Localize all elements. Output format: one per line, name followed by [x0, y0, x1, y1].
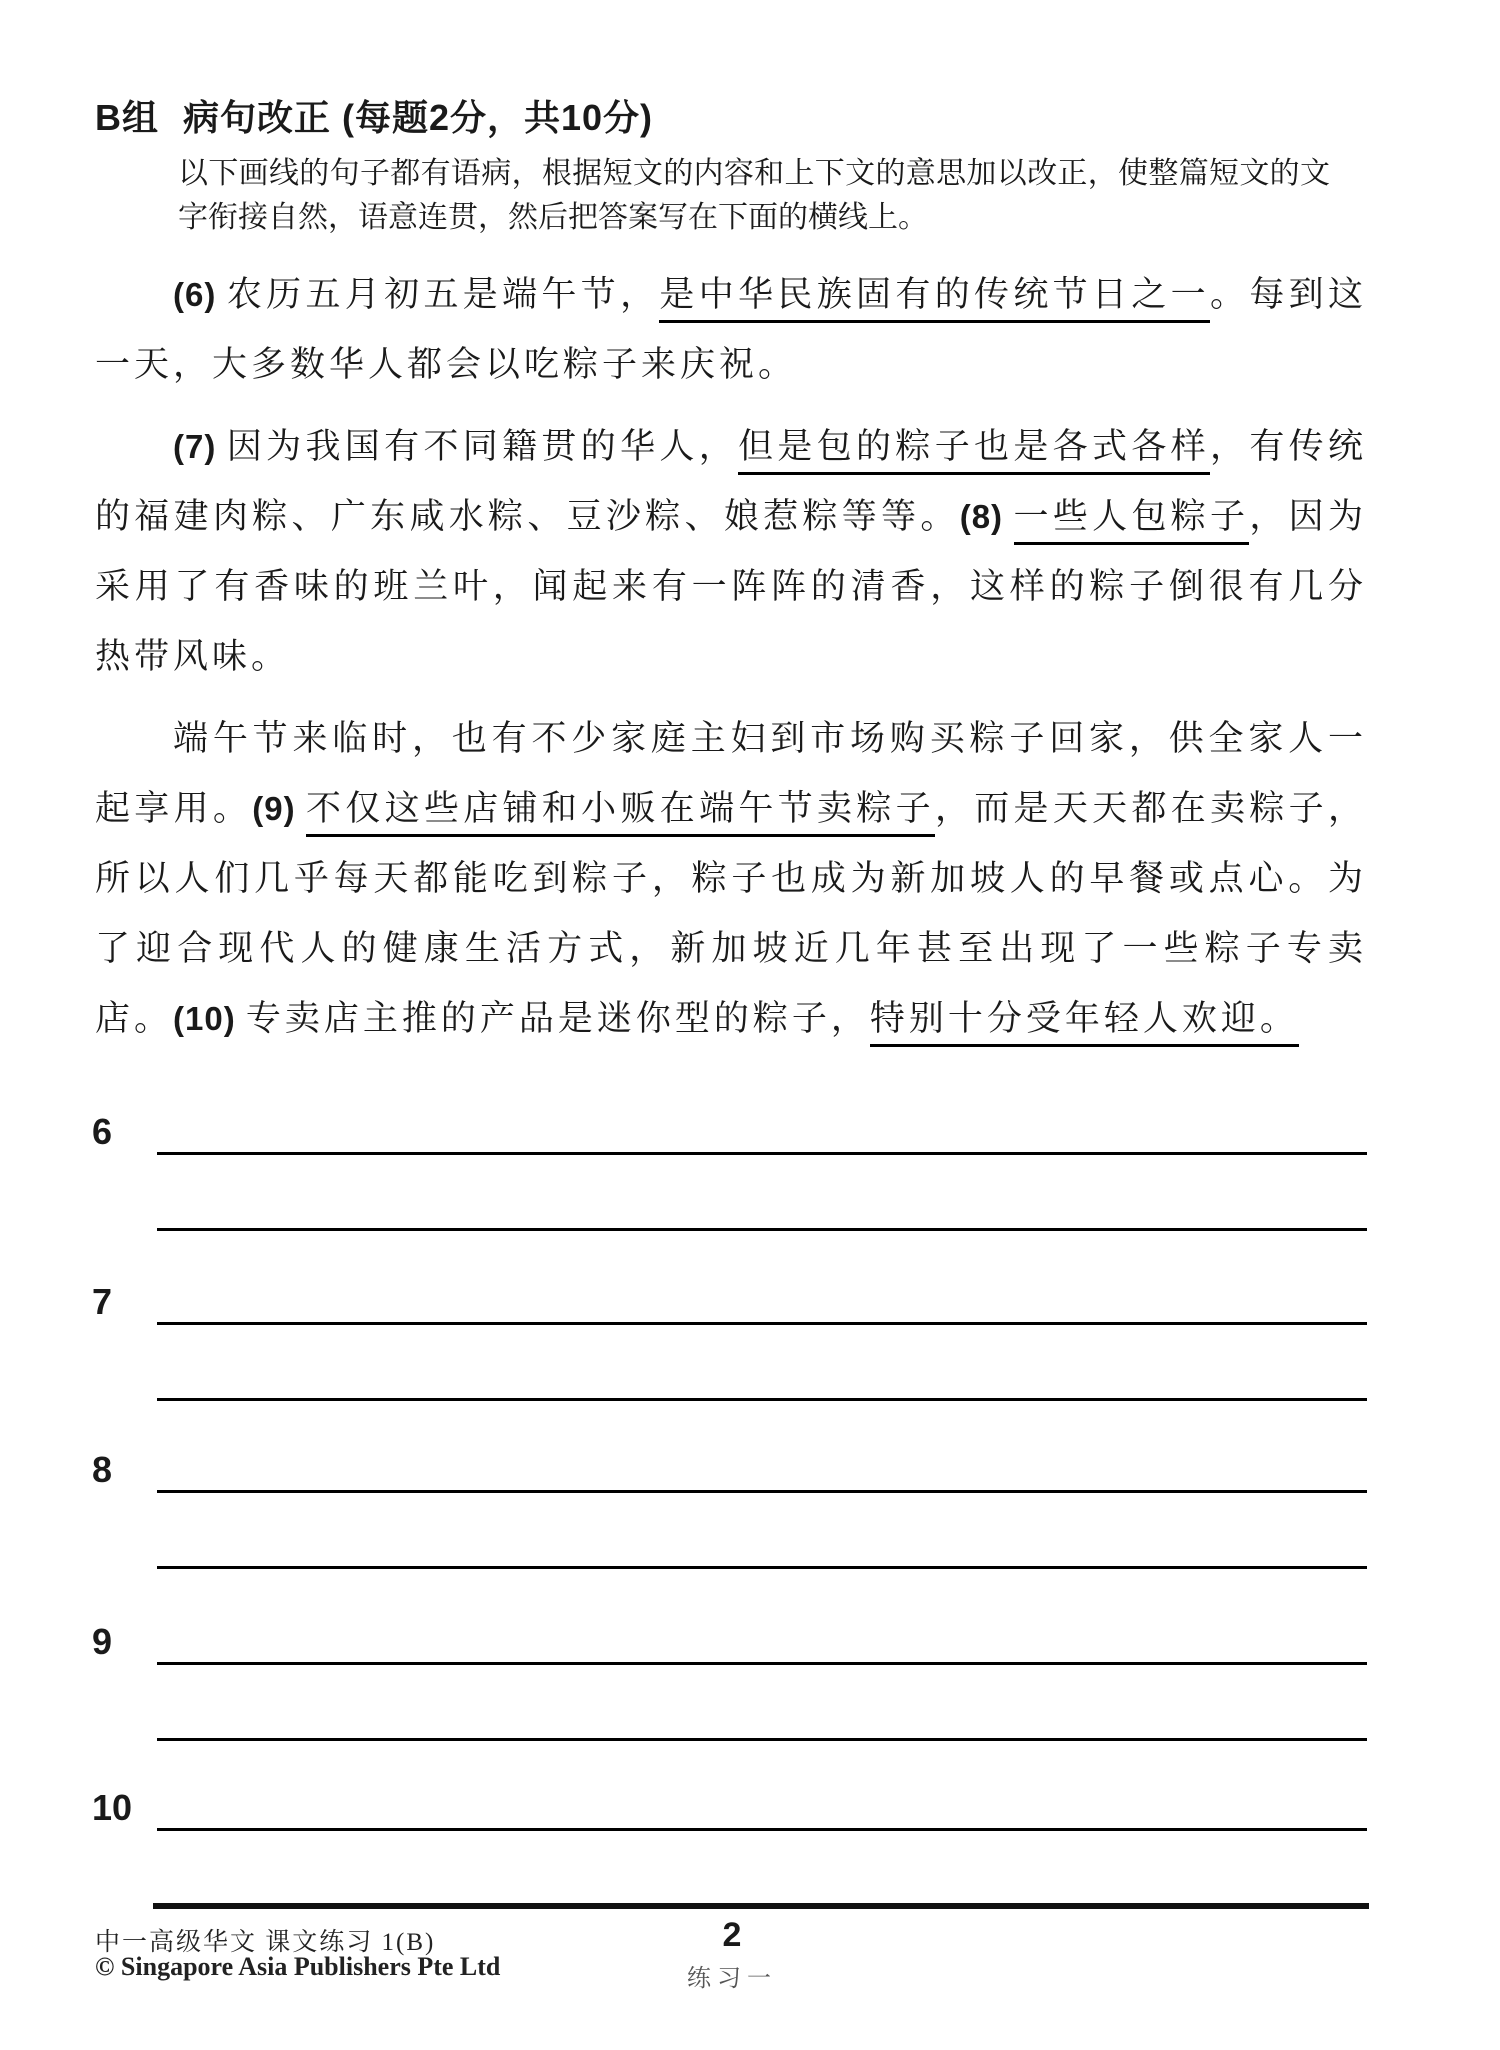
section-title: 病句改正 (每题2分，共10分) — [183, 98, 653, 138]
inline-item-number: (6) — [173, 276, 227, 313]
answer-number: 7 — [92, 1282, 112, 1322]
underlined-phrase: 一些人包粽子 — [1014, 497, 1250, 545]
inline-item-number: (9) — [252, 790, 306, 827]
footer-page-number: 2 — [662, 1916, 802, 1955]
paragraph: 端午节来临时，也有不少家庭主妇到市场购买粽子回家，供全家人一起享用。(9) 不仅… — [95, 704, 1367, 1054]
underlined-phrase: 是中华民族固有的传统节日之一 — [659, 275, 1210, 323]
answer-number: 10 — [92, 1788, 132, 1828]
inline-item-number: (10) — [173, 1000, 246, 1037]
answer-blank-line — [157, 1662, 1367, 1665]
answer-blank-line — [157, 1152, 1367, 1155]
passage-text: 专卖店主推的产品是迷你型的粽子， — [246, 999, 870, 1038]
footer-rule — [153, 1903, 1369, 1909]
worksheet-page: B组 病句改正 (每题2分，共10分) 以下画线的句子都有语病，根据短文的内容和… — [0, 0, 1500, 2050]
answer-blank-line — [157, 1738, 1367, 1741]
passage-text: 因为我国有不同籍贯的华人， — [227, 427, 738, 466]
passage-text: 农历五月初五是端午节， — [227, 275, 660, 314]
underlined-phrase: 不仅这些店铺和小贩在端午节卖粽子 — [306, 789, 935, 837]
section-header: B组 病句改正 (每题2分，共10分) — [95, 98, 653, 138]
underlined-phrase: 特别十分受年轻人欢迎。 — [870, 999, 1299, 1047]
answer-blank-line — [157, 1322, 1367, 1325]
answer-blank-line — [157, 1566, 1367, 1569]
answer-blank-line — [157, 1228, 1367, 1231]
inline-item-number: (8) — [960, 498, 1014, 535]
answer-number: 8 — [92, 1450, 112, 1490]
underlined-phrase: 但是包的粽子也是各式各样 — [738, 427, 1210, 475]
answer-number: 6 — [92, 1112, 112, 1152]
inline-item-number: (7) — [173, 428, 227, 465]
answer-blank-line — [157, 1490, 1367, 1493]
instructions-text: 以下画线的句子都有语病，根据短文的内容和上下文的意思加以改正，使整篇短文的文字衔… — [178, 152, 1330, 240]
footer-copyright: © Singapore Asia Publishers Pte Ltd — [95, 1952, 500, 1982]
paragraph: (6) 农历五月初五是端午节，是中华民族固有的传统节日之一。每到这一天，大多数华… — [95, 260, 1367, 400]
section-label: B组 — [95, 98, 159, 138]
footer-exercise-label: 练习一 — [662, 1958, 802, 1993]
answer-number: 9 — [92, 1622, 112, 1662]
answer-blank-line — [157, 1398, 1367, 1401]
answer-blank-line — [157, 1828, 1367, 1831]
passage: (6) 农历五月初五是端午节，是中华民族固有的传统节日之一。每到这一天，大多数华… — [95, 260, 1367, 1066]
paragraph: (7) 因为我国有不同籍贯的华人，但是包的粽子也是各式各样，有传统的福建肉粽、广… — [95, 412, 1367, 692]
